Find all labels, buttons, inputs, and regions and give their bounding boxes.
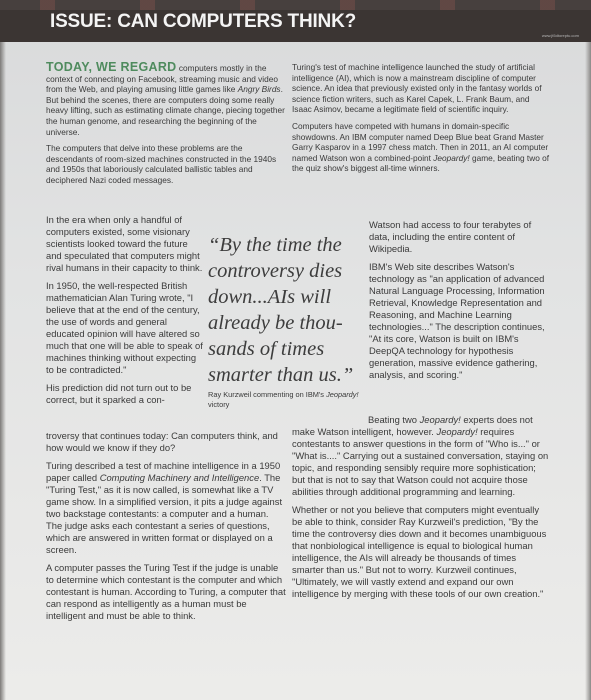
page-title: ISSUE: CAN COMPUTERS THINK? xyxy=(50,11,356,33)
paragraph: Turing described a test of machine intel… xyxy=(46,460,286,556)
lead-in: TODAY, WE REGARD xyxy=(46,60,177,74)
intro-paragraph: TODAY, WE REGARD computers mostly in the… xyxy=(46,62,286,137)
left-column-bottom: troversy that continues today: Can compu… xyxy=(46,430,286,628)
paragraph: His prediction did not turn out to be co… xyxy=(46,382,204,406)
right-column-narrow: Watson had access to four terabytes of d… xyxy=(369,219,549,387)
paragraph: Whether or not you believe that computer… xyxy=(292,504,550,600)
pull-quote: “By the time the controversy dies down..… xyxy=(208,232,360,388)
paragraph: Beating two Jeopardy! experts does not m… xyxy=(292,414,550,498)
textbook-page: ISSUE: CAN COMPUTERS THINK? www.jt5dtore… xyxy=(0,0,591,700)
paragraph: The computers that delve into these prob… xyxy=(46,143,286,185)
left-column-narrow: In the era when only a handful of comput… xyxy=(46,214,204,406)
paragraph: A computer passes the Turing Test if the… xyxy=(46,562,286,622)
issue-banner: ISSUE: CAN COMPUTERS THINK? www.jt5dtore… xyxy=(0,0,591,42)
pull-quote-caption: Ray Kurzweil commenting on IBM's Jeopard… xyxy=(208,390,360,409)
paragraph: IBM's Web site describes Watson's techno… xyxy=(369,261,549,381)
paragraph: In 1950, the well-respected British math… xyxy=(46,280,204,376)
right-column-bottom: Beating two Jeopardy! experts does not m… xyxy=(292,414,550,606)
page-edge-shadow xyxy=(585,0,591,700)
page-edge-shadow xyxy=(0,0,6,700)
paragraph: Computers have competed with humans in d… xyxy=(292,121,550,174)
paragraph: Turing's test of machine intelligence la… xyxy=(292,62,550,115)
banner-illustration xyxy=(0,0,591,10)
paragraph: In the era when only a handful of comput… xyxy=(46,214,204,274)
paragraph: Watson had access to four terabytes of d… xyxy=(369,219,549,255)
left-column-top: TODAY, WE REGARD computers mostly in the… xyxy=(46,62,286,192)
watermark: www.jt5dtoreptu.com xyxy=(542,33,579,38)
paragraph: troversy that continues today: Can compu… xyxy=(46,430,286,454)
right-column-top: Turing's test of machine intelligence la… xyxy=(292,62,550,180)
